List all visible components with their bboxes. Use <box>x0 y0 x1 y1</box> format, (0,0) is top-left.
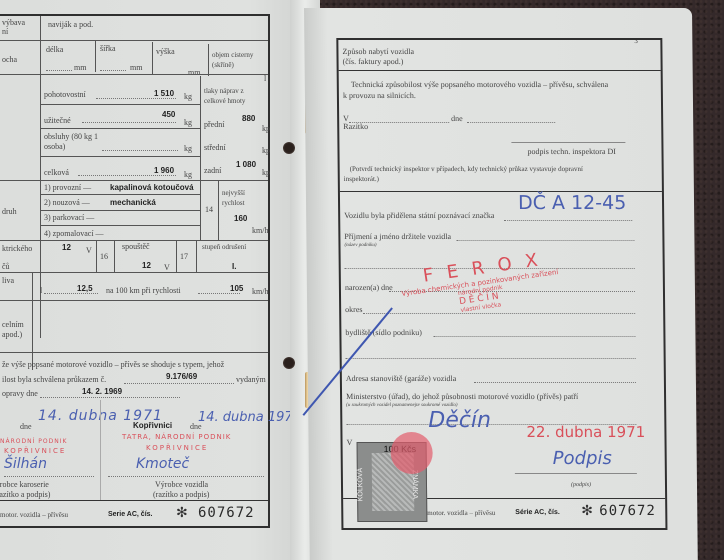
axle-front-unit: kp <box>262 124 270 134</box>
inspector-signature-caption: podpis techn. inspektora DI <box>527 147 616 157</box>
round-red-seal <box>390 432 432 474</box>
left-serial-number: 607672 <box>198 505 255 521</box>
body-maker-caption-sub: (razítko a podpis) <box>0 490 50 500</box>
length-label: délka <box>46 45 63 55</box>
right-page: 3 Způsob nabytí vozidla (čís. faktury ap… <box>304 8 698 560</box>
body-maker-stamp-line-1: NÁRODNÍ PODNIK <box>0 438 67 445</box>
approval-date: 14. 2. 1969 <box>82 387 122 397</box>
max-speed-unit: km/h <box>252 226 268 236</box>
tech-approval-note-1: (Potvrdí technický inspektor v případech… <box>350 164 583 174</box>
winch-row-label-2: ní <box>2 27 8 37</box>
vehicle-maker-stamp-line-1: TATRA, NÁRODNÍ PODNIK <box>122 433 231 441</box>
suppression-value: I. <box>232 262 236 272</box>
max-speed-number: 14 <box>205 205 213 215</box>
tech-approval-date-label: dne <box>451 114 463 124</box>
brake-item-2-label: 2) nouzová — <box>44 198 90 208</box>
payload-value: 450 <box>162 110 175 120</box>
signing-date-handwritten-2: 14. dubna 1971 <box>198 410 301 425</box>
field-16-number: 16 <box>100 252 108 262</box>
other-label-2: apod.) <box>2 330 22 340</box>
winch-field-label: naviják a pod. <box>48 20 93 30</box>
tank-unit: l <box>264 74 266 84</box>
max-speed-value: 160 <box>234 214 247 224</box>
axle-rear-value: 1 080 <box>236 160 256 170</box>
date-stamp: 22. dubna 1971 <box>526 423 645 441</box>
asterisk-icon: ✻ <box>176 505 188 522</box>
tech-approval-stamp-label: Razítko <box>343 122 368 132</box>
revenue-stamp-side-right: ZNÁMKA <box>411 470 418 499</box>
asterisk-icon: ✻ <box>581 503 593 520</box>
crew-unit: kg <box>184 144 192 154</box>
axle-pressure-title: tlaky náprav z celkové hmoty <box>204 86 266 106</box>
plate-label: Vozidlu byla přidělena státní poznávací … <box>344 211 494 221</box>
approval-number: 9.176/69 <box>166 372 197 382</box>
brake-item-1-value: kapalinová kotoučová <box>110 183 194 193</box>
length-unit: mm <box>74 63 86 73</box>
body-maker-stamp-line-2: KOPŘIVNICE <box>4 447 66 455</box>
vehicle-maker-stamp-line-2: KOPŘIVNICE <box>146 444 208 452</box>
voltage-unit: V <box>86 246 92 256</box>
declaration-line-1: že výše popsané motorové vozidlo – přívě… <box>2 360 224 370</box>
body-maker-caption: Výrobce karoserie <box>0 480 49 490</box>
tech-approval-text-2: k provozu na silnicích. <box>343 91 416 101</box>
other-label: celním <box>2 320 24 330</box>
consumption-unit: km/h <box>252 287 268 297</box>
born-label: narozen(a) dne <box>345 283 393 293</box>
payload-unit: kg <box>184 118 192 128</box>
consumption-prefix: l <box>40 286 42 296</box>
crew-label: obsluhy (80 kg 1 osoba) <box>44 132 114 152</box>
binding-hole-icon <box>283 142 295 154</box>
tank-label: objem cisterny (skříně) <box>212 50 268 70</box>
signing-date-label: dne <box>20 422 32 432</box>
axle-middle-unit: kp <box>262 146 270 156</box>
width-label: šířka <box>100 44 116 54</box>
declaration-line-2-prefix: ilost byla schválena průkazem č. <box>2 375 106 385</box>
consumption-value: 12,5 <box>77 284 93 294</box>
left-footer-series: Serie AC, čís. <box>108 510 153 520</box>
brake-item-2-value: mechanická <box>110 198 156 208</box>
revenue-stamp-side-left: KOLKOVÁ <box>357 468 364 501</box>
dims-row-label: ocha <box>2 55 17 65</box>
brake-item-3-label: 3) parkovací — <box>44 213 94 223</box>
total-weight-unit: kg <box>184 170 192 180</box>
brakes-label: druh <box>2 207 17 217</box>
district-label: okres <box>345 305 362 315</box>
consumption-speed: 105 <box>230 284 243 294</box>
residence-label: bydliště (sídlo podniku) <box>345 328 422 338</box>
vehicle-maker-signature: Kmoteč <box>136 456 189 472</box>
consumption-label: liva <box>2 276 14 286</box>
starter-value: 12 <box>142 261 151 271</box>
brake-item-4-label: 4) zpomalovací — <box>44 229 104 239</box>
starter-label: spouštěč <box>122 242 150 252</box>
vehicle-maker-caption-sub: (razítko a podpis) <box>153 490 209 500</box>
owner-sublabel: (název podniku) <box>344 241 376 251</box>
signing-place: Kopřivnici <box>133 421 172 431</box>
right-footer-label: motor. vozidla – přívěsu <box>427 508 495 518</box>
axle-rear-label: zadní <box>204 166 221 176</box>
declaration-line-3-prefix: opravy dne <box>2 389 38 399</box>
height-label: výška <box>156 47 175 57</box>
declaration-line-2-suffix: vydaným <box>236 375 266 385</box>
place-label: V <box>347 438 353 448</box>
operating-weight-label: pohotovostní <box>44 90 86 100</box>
binding-hole-icon <box>283 357 295 369</box>
signature-caption: (podpis) <box>571 480 591 490</box>
tech-approval-text-1: Technická způsobilost výše popsaného mot… <box>351 80 608 90</box>
consumption-mid-text: na 100 km při rychlosti <box>106 286 181 296</box>
electrical-label: ktrického <box>2 244 32 254</box>
vehicle-maker-caption: Výrobce vozidla <box>155 480 208 490</box>
acquisition-label: Způsob nabytí vozidla <box>342 47 414 57</box>
place-handwritten: Děčín <box>428 408 491 433</box>
field-17-number: 17 <box>180 252 188 262</box>
height-unit: mm <box>188 68 200 78</box>
acquisition-sublabel: (čís. faktury apod.) <box>343 57 404 67</box>
electrical-label-2: čů <box>2 262 10 272</box>
left-page: výbava ní naviják a pod. ocha délka mm š… <box>0 0 312 560</box>
right-footer-series: Série AC, čís. <box>515 508 560 518</box>
axle-rear-unit: kp <box>262 168 270 178</box>
width-unit: mm <box>130 63 142 73</box>
issuer-signature: Podpis <box>553 448 612 469</box>
axle-front-label: přední <box>204 120 224 130</box>
operating-weight-value: 1 510 <box>154 89 174 99</box>
axle-front-value: 880 <box>242 114 255 124</box>
plate-value-handwritten: DČ A 12-45 <box>518 192 626 214</box>
brake-item-1-label: 1) provozní — <box>44 183 91 193</box>
voltage-value: 12 <box>62 243 71 253</box>
left-footer-label: motor. vozidla – přívěsu <box>0 510 68 520</box>
axle-middle-label: střední <box>204 143 226 153</box>
total-weight-label: celková <box>44 168 69 178</box>
total-weight-value: 1 960 <box>154 166 174 176</box>
operating-weight-unit: kg <box>184 92 192 102</box>
payload-label: užitečné <box>44 116 71 126</box>
body-maker-signature: Šilhán <box>4 456 47 472</box>
suppression-label: stupeň odrušení <box>202 242 246 252</box>
tech-approval-note-2: inspektorát.) <box>344 174 379 184</box>
garage-label: Adresa stanoviště (garáže) vozidla <box>346 374 457 384</box>
max-speed-label: nejvyšší rychlost <box>222 188 262 208</box>
right-serial-number: 607672 <box>599 503 656 519</box>
